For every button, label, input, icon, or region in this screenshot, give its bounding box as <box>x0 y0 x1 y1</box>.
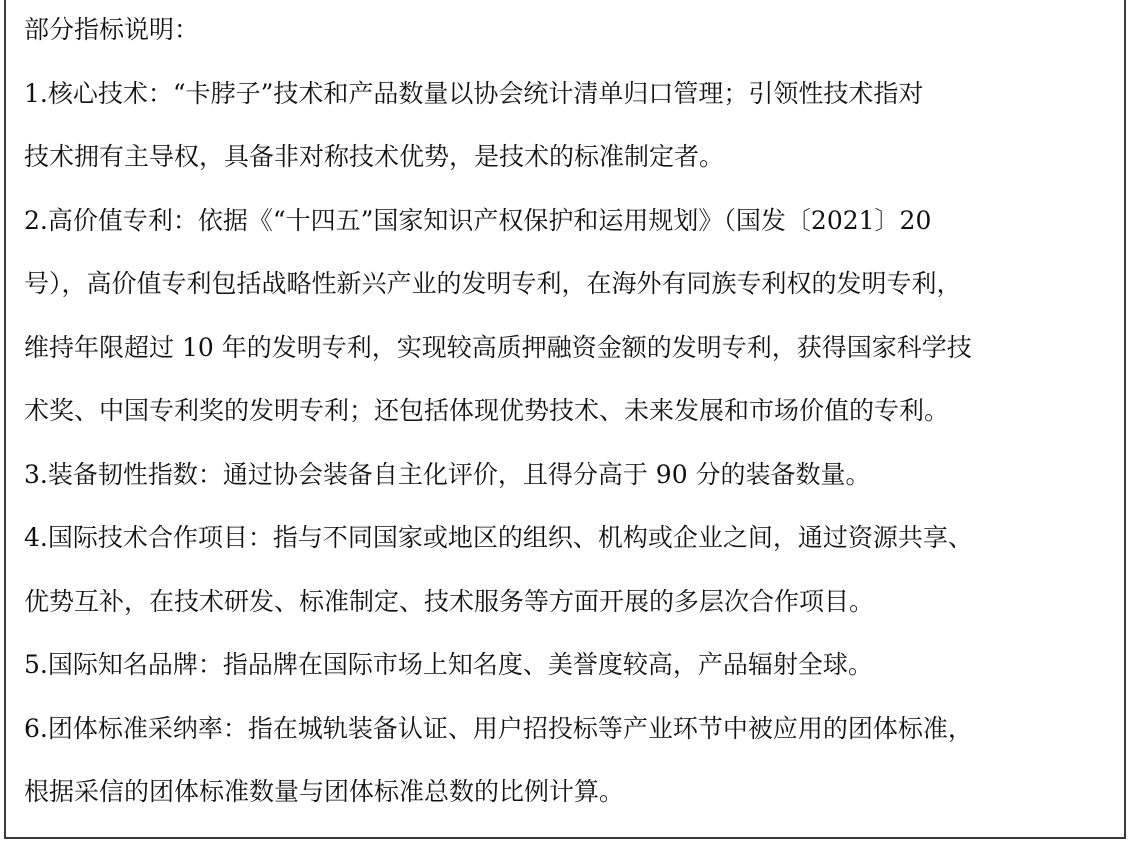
note-item-3-line-1: 3.装备韧性指数：通过协会装备自主化评价，且得分高于 90 分的装备数量。 <box>24 443 1118 507</box>
note-item-6-line-2: 根据采信的团体标准数量与团体标准总数的比例计算。 <box>24 760 1118 824</box>
note-item-5-line-1: 5.国际知名品牌：指品牌在国际市场上知名度、美誉度较高，产品辐射全球。 <box>24 633 1118 697</box>
note-item-1-line-1: 1.核心技术：“卡脖子”技术和产品数量以协会统计清单归口管理；引领性技术指对 <box>24 62 1118 126</box>
indicator-notes-content: 部分指标说明： 1.核心技术：“卡脖子”技术和产品数量以协会统计清单归口管理；引… <box>24 0 1118 824</box>
note-item-4-line-1: 4.国际技术合作项目：指与不同国家或地区的组织、机构或企业之间，通过资源共享、 <box>24 506 1118 570</box>
note-item-3: 3.装备韧性指数：通过协会装备自主化评价，且得分高于 90 分的装备数量。 <box>24 443 1118 507</box>
note-item-2-line-2: 号），高价值专利包括战略性新兴产业的发明专利，在海外有同族专利权的发明专利， <box>24 252 1118 316</box>
indicator-notes-box: 部分指标说明： 1.核心技术：“卡脖子”技术和产品数量以协会统计清单归口管理；引… <box>4 0 1126 839</box>
note-item-1: 1.核心技术：“卡脖子”技术和产品数量以协会统计清单归口管理；引领性技术指对 技… <box>24 62 1118 189</box>
note-item-6: 6.团体标准采纳率：指在城轨装备认证、用户招投标等产业环节中被应用的团体标准， … <box>24 697 1118 824</box>
note-item-4: 4.国际技术合作项目：指与不同国家或地区的组织、机构或企业之间，通过资源共享、 … <box>24 506 1118 633</box>
note-item-6-line-1: 6.团体标准采纳率：指在城轨装备认证、用户招投标等产业环节中被应用的团体标准， <box>24 697 1118 761</box>
note-item-4-line-2: 优势互补，在技术研发、标准制定、技术服务等方面开展的多层次合作项目。 <box>24 570 1118 634</box>
note-item-2: 2.高价值专利：依据《“十四五”国家知识产权保护和运用规划》（国发〔2021〕2… <box>24 189 1118 443</box>
note-item-2-line-1: 2.高价值专利：依据《“十四五”国家知识产权保护和运用规划》（国发〔2021〕2… <box>24 189 1118 253</box>
notes-heading: 部分指标说明： <box>24 0 1118 62</box>
note-item-1-line-2: 技术拥有主导权，具备非对称技术优势，是技术的标准制定者。 <box>24 125 1118 189</box>
note-item-5: 5.国际知名品牌：指品牌在国际市场上知名度、美誉度较高，产品辐射全球。 <box>24 633 1118 697</box>
note-item-2-line-4: 术奖、中国专利奖的发明专利；还包括体现优势技术、未来发展和市场价值的专利。 <box>24 379 1118 443</box>
note-item-2-line-3: 维持年限超过 10 年的发明专利，实现较高质押融资金额的发明专利，获得国家科学技 <box>24 316 1118 380</box>
